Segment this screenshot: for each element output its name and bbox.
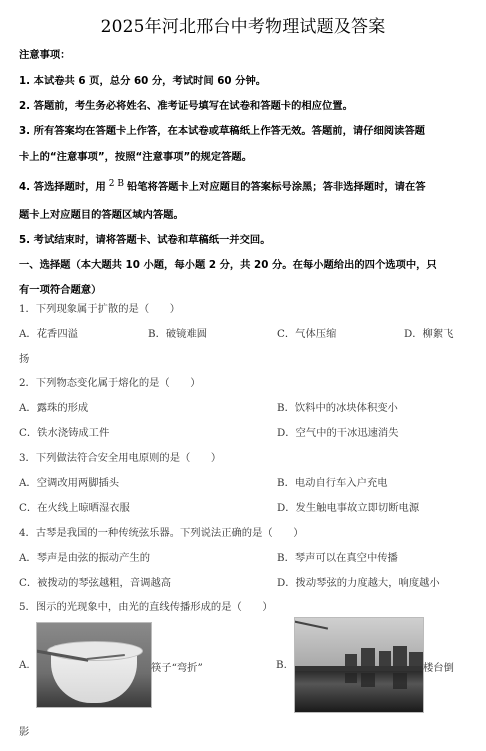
notice-4-suffix: 铅笔将答题卡上对应题目的答案标号涂黑；答非选择题时，请在答 bbox=[127, 181, 426, 193]
reflection bbox=[361, 673, 375, 687]
section-heading-line1: 一、选择题（本大题共 10 小题，每小题 2 分，共 20 分。在每小题给出的四… bbox=[19, 256, 437, 271]
question-2-option-c: C．铁水浇铸成工件 bbox=[19, 424, 109, 439]
question-4-option-d: D．拨动琴弦的力度越大，响度越小 bbox=[277, 574, 440, 589]
question-5-option-b-caption: 楼台倒 bbox=[423, 659, 454, 674]
question-3-stem: 3．下列做法符合安全用电原则的是（ ） bbox=[19, 449, 221, 464]
question-4-option-a: A．琴声是由弦的振动产生的 bbox=[19, 549, 150, 564]
question-2-stem: 2．下列物态变化属于熔化的是（ ） bbox=[19, 374, 201, 389]
question-1-option-c: C．气体压缩 bbox=[277, 325, 336, 340]
question-3-option-a: A．空调改用两脚插头 bbox=[19, 474, 119, 489]
page-title: 2025年河北邢台中考物理试题及答案 bbox=[0, 12, 486, 37]
notice-3-line1: 3. 所有答案均在答题卡上作答，在本试卷或草稿纸上作答无效。答题前，请仔细阅读答… bbox=[19, 122, 425, 137]
question-5-option-b-label: B. bbox=[276, 659, 287, 671]
question-1-option-a: A．花香四溢 bbox=[19, 325, 78, 340]
pencil-grade: 2 B bbox=[109, 179, 124, 189]
exam-page: 2025年河北邢台中考物理试题及答案 注意事项： 1. 本试卷共 6 页，总分 … bbox=[0, 0, 486, 751]
notice-4-line2: 题卡上对应题目的答题区域内答题。 bbox=[19, 206, 184, 221]
shoreline bbox=[295, 666, 423, 671]
question-5-option-a-label: A. bbox=[19, 659, 30, 671]
notice-4-line1: 4. 答选择题时，用2 B铅笔将答题卡上对应题目的答案标号涂黑；答非选择题时，请… bbox=[19, 178, 426, 193]
notice-1: 1. 本试卷共 6 页，总分 60 分，考试时间 60 分钟。 bbox=[19, 72, 266, 87]
notice-heading: 注意事项： bbox=[19, 46, 70, 61]
section-heading-line2: 有一项符合题意） bbox=[19, 281, 101, 296]
question-2-option-b: B．饮料中的冰块体积变小 bbox=[277, 399, 398, 414]
question-3-option-d: D．发生触电事故立即切断电源 bbox=[277, 499, 419, 514]
question-1-stem: 1．下列现象属于扩散的是（ ） bbox=[19, 300, 180, 315]
question-2-option-d: D．空气中的干冰迅速消失 bbox=[277, 424, 399, 439]
notice-2: 2. 答题前，考生务必将姓名、准考证号填写在试卷和答题卡的相应位置。 bbox=[19, 97, 353, 112]
question-1-option-b: B．破镜难圆 bbox=[148, 325, 207, 340]
building-reflection-lake-photo bbox=[294, 617, 424, 713]
notice-3-line2: 卡上的“注意事项”，按照“注意事项”的规定答题。 bbox=[19, 148, 252, 163]
question-5-stem: 5．图示的光现象中，由光的直线传播形成的是（ ） bbox=[19, 598, 273, 613]
question-3-option-c: C．在火线上晾晒湿衣服 bbox=[19, 499, 130, 514]
question-4-option-b: B．琴声可以在真空中传播 bbox=[277, 549, 398, 564]
question-1-option-d-wrap: 扬 bbox=[19, 350, 29, 365]
notice-4-prefix: 4. 答选择题时，用 bbox=[19, 181, 106, 193]
notice-5: 5. 考试结束时，请将答题卡、试卷和草稿纸一并交回。 bbox=[19, 231, 271, 246]
question-3-option-b: B．电动自行车入户充电 bbox=[277, 474, 388, 489]
reflection bbox=[345, 673, 357, 683]
question-5-option-b-wrap: 影 bbox=[19, 723, 29, 738]
building bbox=[361, 648, 375, 668]
question-4-stem: 4．古琴是我国的一种传统弦乐器。下列说法正确的是（ ） bbox=[19, 524, 304, 539]
reflection bbox=[393, 673, 407, 689]
question-2-option-a: A．露珠的形成 bbox=[19, 399, 88, 414]
question-1-option-d: D．柳絮飞 bbox=[404, 325, 453, 340]
building bbox=[393, 646, 407, 668]
tree-branch bbox=[294, 621, 328, 642]
question-4-option-c: C．被拨动的琴弦越粗，音调越高 bbox=[19, 574, 171, 589]
question-5-option-a-caption: 筷子“弯折” bbox=[151, 659, 203, 674]
chopsticks-in-bowl-photo bbox=[36, 622, 152, 708]
